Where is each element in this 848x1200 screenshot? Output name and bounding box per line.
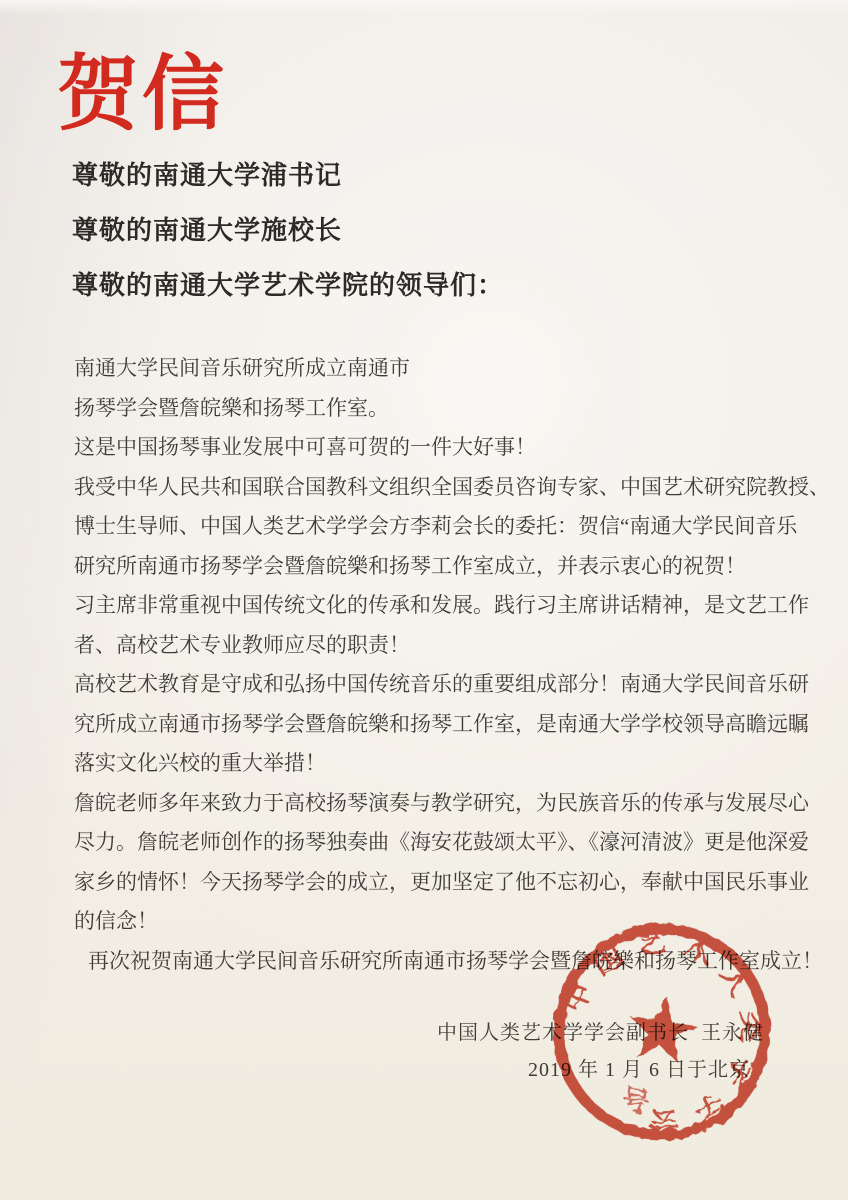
body-line: 尽力。詹皖老师创作的扬琴独奏曲《海安花鼓颂太平》、《濠河清波》更是他深爱: [74, 823, 818, 863]
body-line: 南通大学民间音乐研究所成立南通市: [74, 349, 818, 389]
salutation-block: 尊敬的南通大学浦书记 尊敬的南通大学施校长 尊敬的南通大学艺术学院的领导们：: [72, 161, 504, 326]
letter-body: 南通大学民间音乐研究所成立南通市 扬琴学会暨詹皖樂和扬琴工作室。 这是中国扬琴事…: [74, 349, 818, 981]
body-line: 我受中华人民共和国联合国教科文组织全国委员咨询专家、中国艺术研究院教授、: [74, 468, 818, 508]
body-line: 究所成立南通市扬琴学会暨詹皖樂和扬琴工作室，是南通大学学校领导高瞻远瞩: [74, 705, 818, 745]
signature-line: 中国人类艺术学学会副书长 王永健: [437, 1018, 764, 1048]
date-line: 2019 年 1 月 6 日于北京: [437, 1057, 750, 1083]
salutation-line: 尊敬的南通大学浦书记: [72, 161, 504, 190]
body-line: 者、高校艺术专业教师应尽的职责！: [74, 626, 818, 666]
body-line-closing: 再次祝贺南通大学民间音乐研究所南通市扬琴学会暨詹皖樂和扬琴工作室成立！: [74, 942, 818, 982]
salutation-line: 尊敬的南通大学艺术学院的领导们：: [72, 271, 504, 300]
letter-page: 贺信 尊敬的南通大学浦书记 尊敬的南通大学施校长 尊敬的南通大学艺术学院的领导们…: [0, 0, 848, 1200]
signature-block: 中国人类艺术学学会副书长 王永健 2019 年 1 月 6 日于北京: [437, 1018, 764, 1083]
body-line: 习主席非常重视中国传统文化的传承和发展。践行习主席讲话精神，是文艺工作: [74, 586, 818, 626]
letter-title: 贺信: [57, 54, 227, 136]
body-line: 这是中国扬琴事业发展中可喜可贺的一件大好事！: [74, 428, 818, 468]
seal-inner-mark: 号: [620, 1085, 651, 1118]
body-line: 落实文化兴校的重大举措！: [74, 744, 818, 784]
body-line: 高校艺术教育是守成和弘扬中国传统音乐的重要组成部分！南通大学民间音乐研: [74, 665, 818, 705]
body-line: 的信念！: [74, 902, 818, 942]
body-line: 詹皖老师多年来致力于高校扬琴演奏与教学研究，为民族音乐的传承与发展尽心: [74, 784, 818, 824]
body-line: 扬琴学会暨詹皖樂和扬琴工作室。: [74, 389, 818, 429]
body-line: 研究所南通市扬琴学会暨詹皖樂和扬琴工作室成立，并表示衷心的祝贺！: [74, 547, 818, 587]
body-line: 博士生导师、中国人类艺术学学会方李莉会长的委托：贺信“南通大学民间音乐: [74, 507, 818, 547]
salutation-line: 尊敬的南通大学施校长: [72, 216, 504, 245]
body-line: 家乡的情怀！今天扬琴学会的成立，更加坚定了他不忘初心，奉献中国民乐事业: [74, 863, 818, 903]
